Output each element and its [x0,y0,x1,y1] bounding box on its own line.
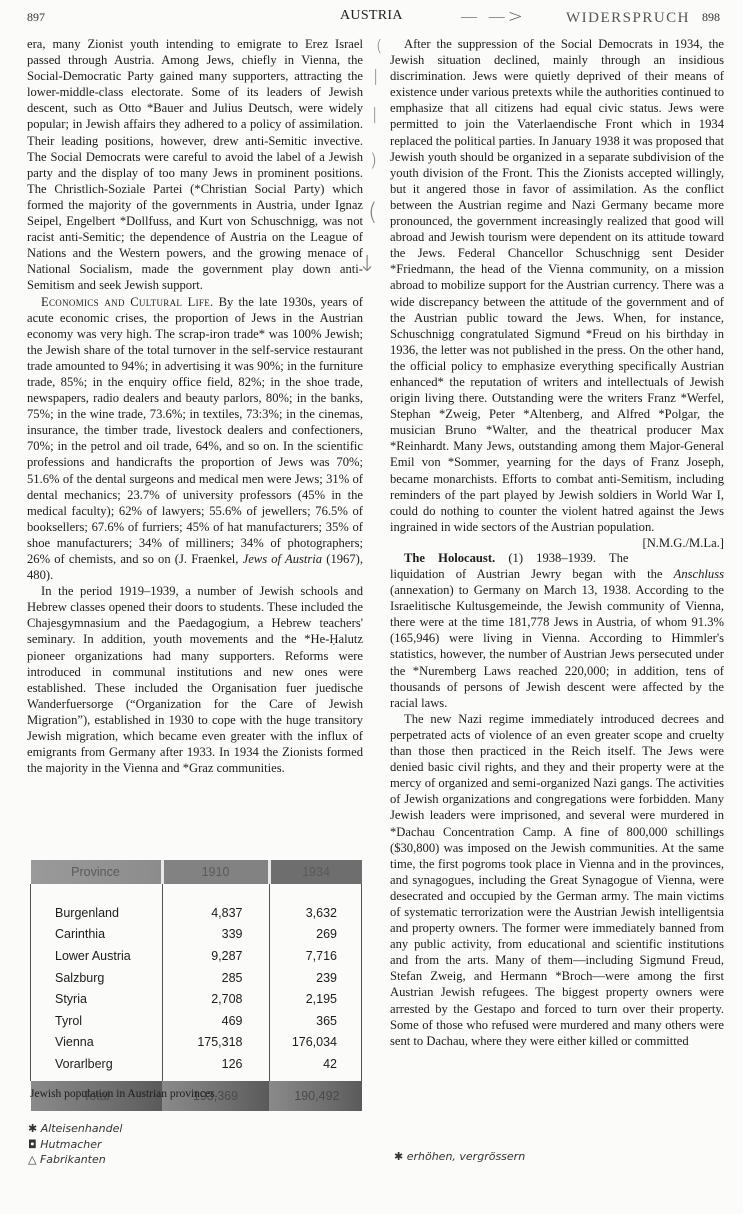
table-row: Tyrol469365 [31,1010,362,1032]
left-column: era, many Zionist youth intending to emi… [27,36,363,776]
margin-line-mark: | [373,66,378,85]
population-table: Province 1910 1934 Burgenland4,8373,632 … [30,860,362,1111]
paragraph-economics: Economics and Cultural Life. By the late… [27,294,363,584]
section-heading-economics: Economics and Cultural Life. [41,295,213,309]
running-title: AUSTRIA [340,8,403,24]
table-row: Lower Austria9,2877,716 [31,945,362,967]
table-row: Styria2,7082,195 [31,988,362,1010]
handwritten-footnote-right: ✱ erhöhen, vergrössern [394,1150,525,1163]
handwritten-footnotes-left: ✱ Alteisenhandel ◘ Hutmacher △ Fabrikant… [28,1121,122,1168]
header-1910: 1910 [162,860,269,884]
margin-bracket-mark: ( [376,36,382,55]
margin-bracket-mark: ) [370,150,377,171]
right-column: After the suppression of the Social Demo… [390,36,724,1049]
table-caption: Jewish population in Austrian provinces. [30,1088,218,1100]
handwritten-note-widerspruch: WIDERSPRUCH [566,10,690,27]
margin-bracket-mark: ( [368,198,377,226]
table-row: Carinthia339269 [31,924,362,946]
page-number-right: 898 [702,10,720,25]
table-row: Vienna175,318176,034 [31,1032,362,1054]
paragraph-education: In the period 1919–1939, a number of Jew… [27,583,363,776]
section-heading-holocaust: The Holocaust. [404,551,495,565]
margin-line-mark: | [372,104,377,123]
header-1934: 1934 [269,860,362,884]
paragraph-1934-situation: After the suppression of the Social Demo… [390,36,724,535]
table-row: Burgenland4,8373,632 [31,902,362,924]
paragraph-politics: era, many Zionist youth intending to emi… [27,36,363,294]
handwritten-note: ◘ Hutmacher [28,1137,122,1153]
table-row: Vorarlberg12642 [31,1053,362,1081]
handwritten-note: △ Fabrikanten [28,1152,122,1168]
handwritten-arrow: — —> [460,6,525,27]
page-header: 897 AUSTRIA — —> WIDERSPRUCH 898 [0,0,743,34]
page-number-left: 897 [27,10,45,25]
handwritten-note: ✱ Alteisenhandel [28,1121,122,1137]
table-row: Salzburg285239 [31,967,362,989]
paragraph-holocaust: The Holocaust. (1) 1938–1939. The liquid… [390,550,724,711]
paragraph-nazi-regime: The new Nazi regime immediately introduc… [390,711,724,1049]
header-province: Province [31,860,163,884]
author-signature: [N.M.G./M.La.] [629,535,725,551]
citation-title: Jews of Austria [243,552,322,566]
